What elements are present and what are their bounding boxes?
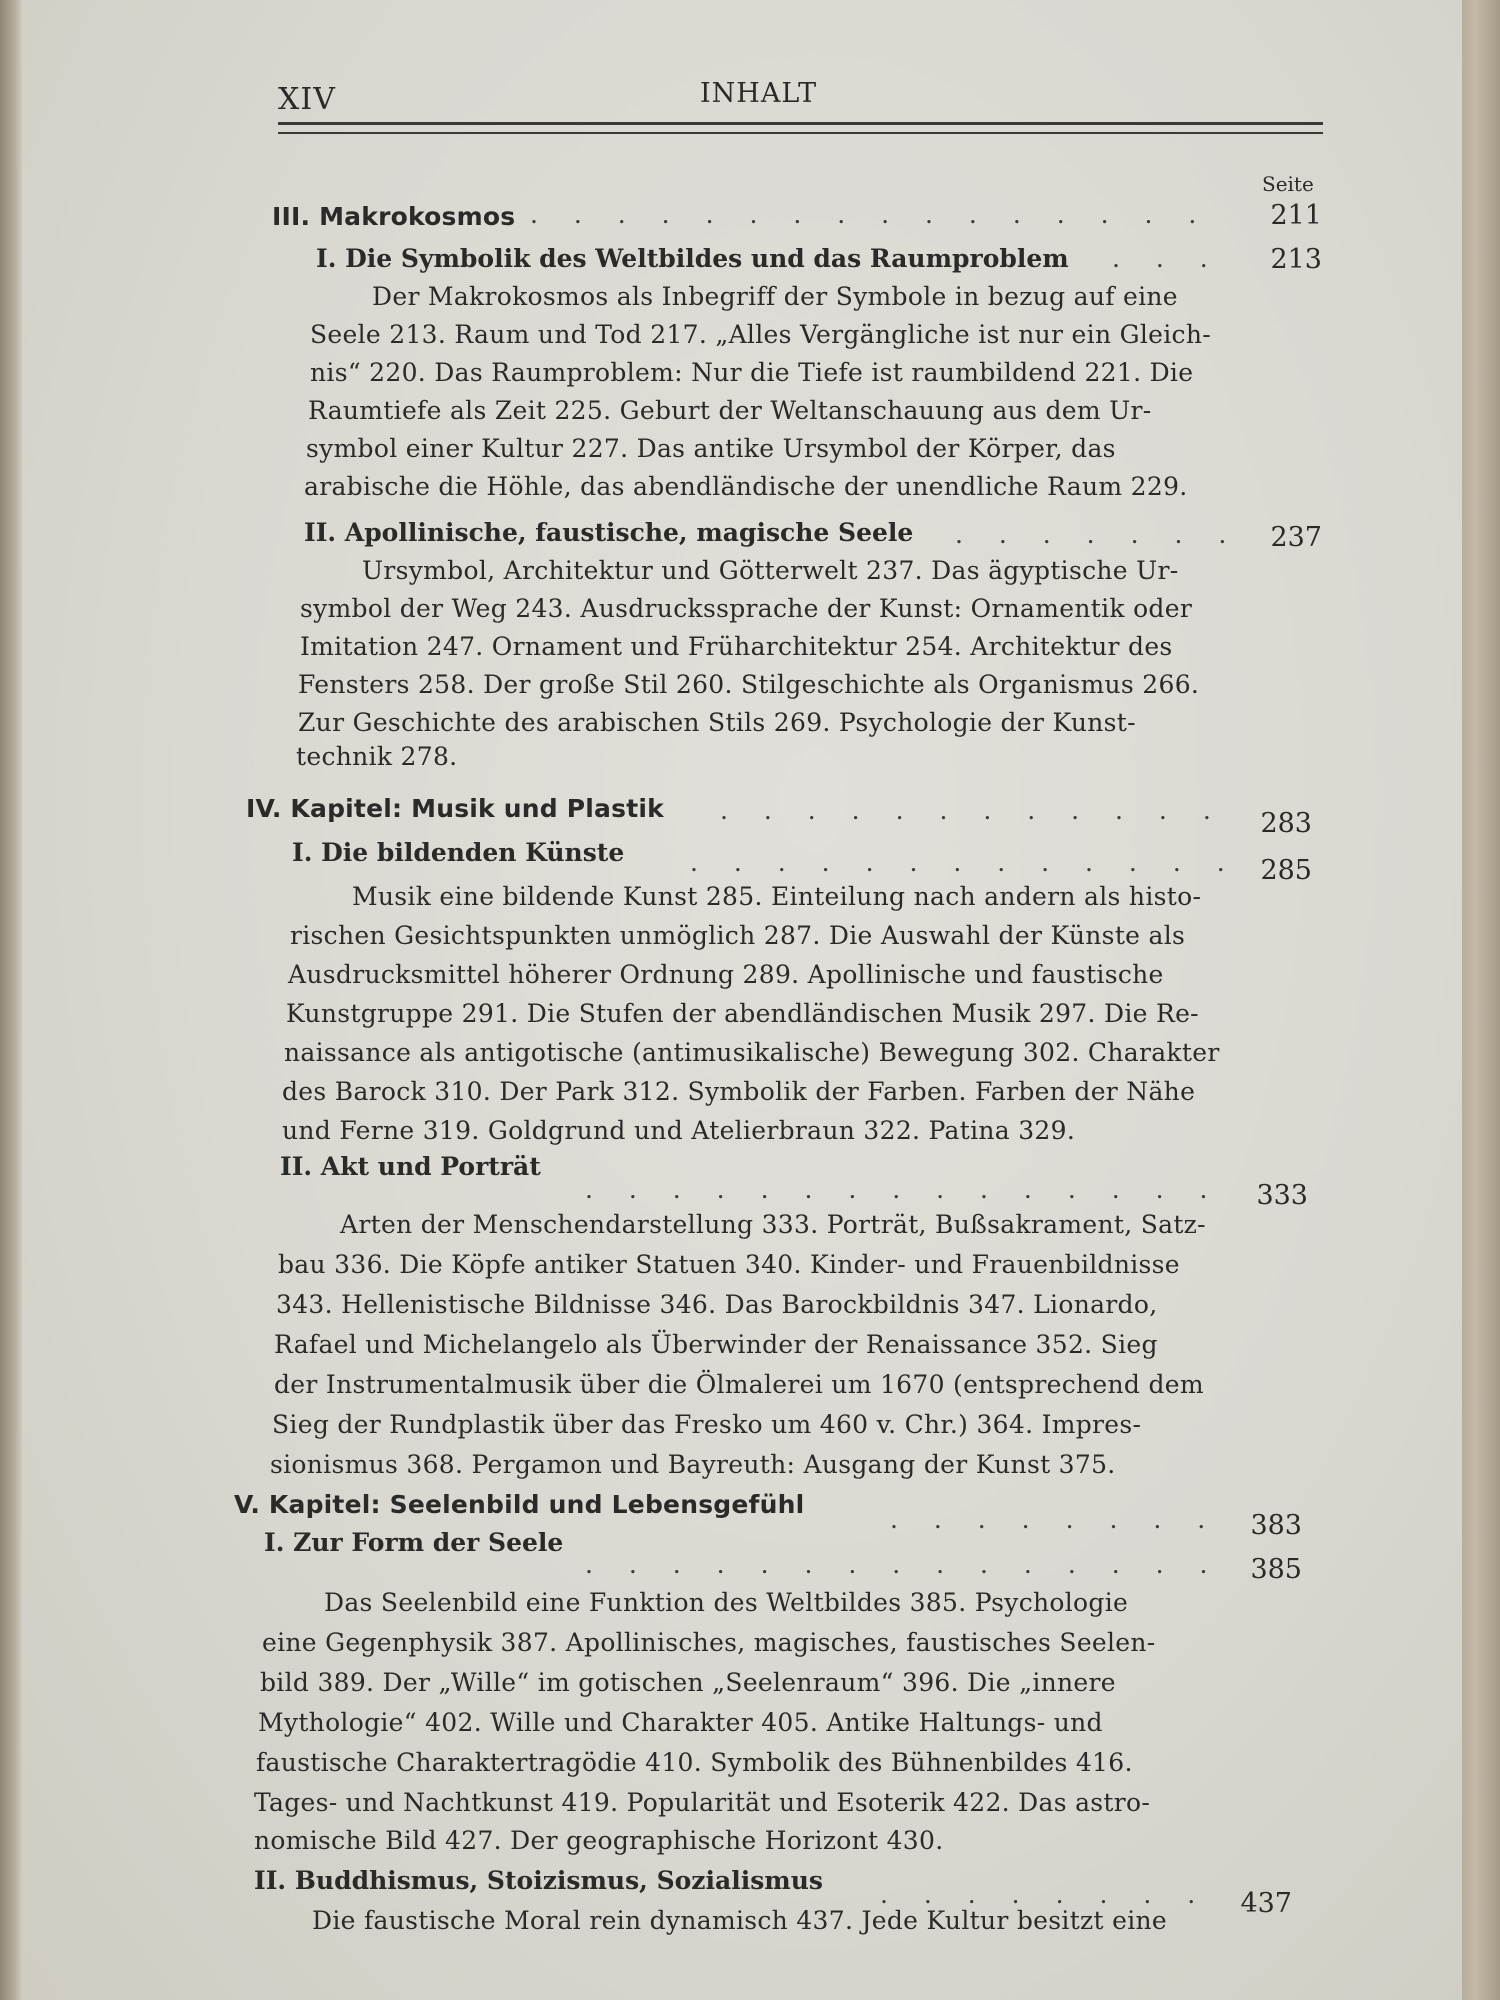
toc-entry-line: Imitation 247. Ornament und Früharchitek… — [300, 632, 1173, 661]
chapter-3-title: III. Makrokosmos — [272, 202, 515, 231]
toc-entry-line: des Barock 310. Der Park 312. Symbolik d… — [282, 1077, 1195, 1106]
leader-dots: . . . . . . . . . . . . . . . . . . . . … — [585, 1175, 1235, 1204]
toc-entry-line: der Instrumentalmusik über die Ölmalerei… — [274, 1370, 1204, 1399]
chapter-5-section-2-title: II. Buddhismus, Stoizismus, Sozialismus — [254, 1866, 823, 1895]
chapter-4-page: 283 — [1232, 808, 1312, 839]
toc-entry-line: 343. Hellenistische Bildnisse 346. Das B… — [276, 1290, 1157, 1319]
chapter-3-section-2-title: II. Apollinische, faustische, magische S… — [304, 518, 913, 547]
leader-dots: . . . . . . . . . . . . . . . . . . . . … — [585, 1550, 1225, 1579]
toc-entry-line: symbol einer Kultur 227. Das antike Ursy… — [306, 434, 1116, 463]
chapter-3-section-2-page: 237 — [1242, 522, 1322, 553]
toc-entry-line: Der Makrokosmos als Inbegriff der Symbol… — [372, 282, 1178, 311]
leader-dots: . . . . . . . . . . . . . . . . . . . . … — [530, 200, 1230, 229]
toc-entry-line: technik 278. — [296, 742, 457, 771]
chapter-5-section-1-page: 385 — [1222, 1554, 1302, 1585]
leader-dots: . . . . . . . . . . . . . . . . . . . . … — [880, 1880, 1220, 1909]
toc-entry-line: Kunstgruppe 291. Die Stufen der abendlän… — [286, 999, 1199, 1028]
toc-entry-line: nis“ 220. Das Raumproblem: Nur die Tiefe… — [310, 358, 1193, 387]
chapter-5-page: 383 — [1222, 1510, 1302, 1541]
chapter-4-title: IV. Kapitel: Musik und Plastik — [246, 794, 664, 823]
toc-entry-line: sionismus 368. Pergamon und Bayreuth: Au… — [270, 1450, 1116, 1479]
chapter-5-title: V. Kapitel: Seelenbild und Lebensgefühl — [234, 1490, 804, 1519]
toc-entry-line: Rafael und Michelangelo als Überwinder d… — [274, 1330, 1158, 1359]
toc-entry-line: Zur Geschichte des arabischen Stils 269.… — [298, 708, 1136, 737]
toc-entry-line: Ausdrucksmittel höherer Ordnung 289. Apo… — [288, 960, 1164, 989]
chapter-5-section-1-title: I. Zur Form der Seele — [264, 1528, 563, 1557]
leader-dots: . . . . . . . . . . . . . . . . . . . . … — [720, 796, 1240, 825]
book-binding-shadow — [0, 0, 22, 2000]
leader-dots: . . . . . . . . . . . . . . . . . . . . … — [955, 520, 1245, 549]
chapter-3-section-1-title: I. Die Symbolik des Weltbildes und das R… — [316, 244, 1069, 273]
toc-entry-line: faustische Charaktertragödie 410. Symbol… — [256, 1748, 1133, 1777]
chapter-4-section-1-title: I. Die bildenden Künste — [292, 838, 624, 867]
toc-entry-line: Sieg der Rundplastik über das Fresko um … — [272, 1410, 1141, 1439]
toc-entry-line: Tages- und Nachtkunst 419. Popularität u… — [254, 1788, 1150, 1817]
toc-entry-line: Raumtiefe als Zeit 225. Geburt der Welta… — [308, 396, 1151, 425]
leader-dots: . . . . . . . . . . . . . . . . . . . . … — [1112, 244, 1242, 273]
chapter-5-section-2-page: 437 — [1212, 1888, 1292, 1919]
toc-entry-line: naissance als antigotische (antimusikali… — [284, 1038, 1220, 1067]
running-title: INHALT — [700, 78, 817, 109]
toc-entry-line: Die faustische Moral rein dynamisch 437.… — [312, 1906, 1167, 1935]
page-column-label: Seite — [1262, 172, 1314, 196]
toc-entry-line: Ursymbol, Architektur und Götterwelt 237… — [362, 556, 1179, 585]
page-edge-shadow — [1462, 0, 1500, 2000]
toc-entry-line: Das Seelenbild eine Funktion des Weltbil… — [324, 1588, 1128, 1617]
toc-entry-line: bau 336. Die Köpfe antiker Statuen 340. … — [278, 1250, 1180, 1279]
toc-entry-line: bild 389. Der „Wille“ im gotischen „Seel… — [260, 1668, 1116, 1697]
toc-entry-line: nomische Bild 427. Der geographische Hor… — [254, 1826, 943, 1855]
chapter-4-section-1-page: 285 — [1232, 855, 1312, 886]
toc-entry-line: arabische die Höhle, das abendländische … — [304, 472, 1188, 501]
toc-entry-line: eine Gegenphysik 387. Apollinisches, mag… — [262, 1628, 1156, 1657]
toc-entry-line: Fensters 258. Der große Stil 260. Stilge… — [298, 670, 1199, 699]
header-double-rule — [278, 122, 1323, 134]
leader-dots: . . . . . . . . . . . . . . . . . . . . … — [890, 1505, 1230, 1534]
toc-entry-line: Arten der Menschendarstellung 333. Portr… — [340, 1210, 1206, 1239]
chapter-4-section-2-page: 333 — [1228, 1180, 1308, 1211]
page-number: XIV — [278, 82, 336, 117]
chapter-4-section-2-title: II. Akt und Porträt — [280, 1152, 541, 1181]
leader-dots: . . . . . . . . . . . . . . . . . . . . … — [690, 848, 1240, 877]
toc-entry-line: rischen Gesichtspunkten unmöglich 287. D… — [290, 921, 1185, 950]
toc-entry-line: Musik eine bildende Kunst 285. Einteilun… — [352, 882, 1201, 911]
toc-entry-line: und Ferne 319. Goldgrund und Atelierbrau… — [282, 1116, 1075, 1145]
toc-entry-line: symbol der Weg 243. Ausdruckssprache der… — [300, 594, 1192, 623]
chapter-3-page: 211 — [1242, 200, 1322, 231]
chapter-3-section-1-page: 213 — [1242, 244, 1322, 275]
toc-entry-line: Seele 213. Raum und Tod 217. „Alles Verg… — [310, 320, 1211, 349]
toc-entry-line: Mythologie“ 402. Wille und Charakter 405… — [258, 1708, 1103, 1737]
